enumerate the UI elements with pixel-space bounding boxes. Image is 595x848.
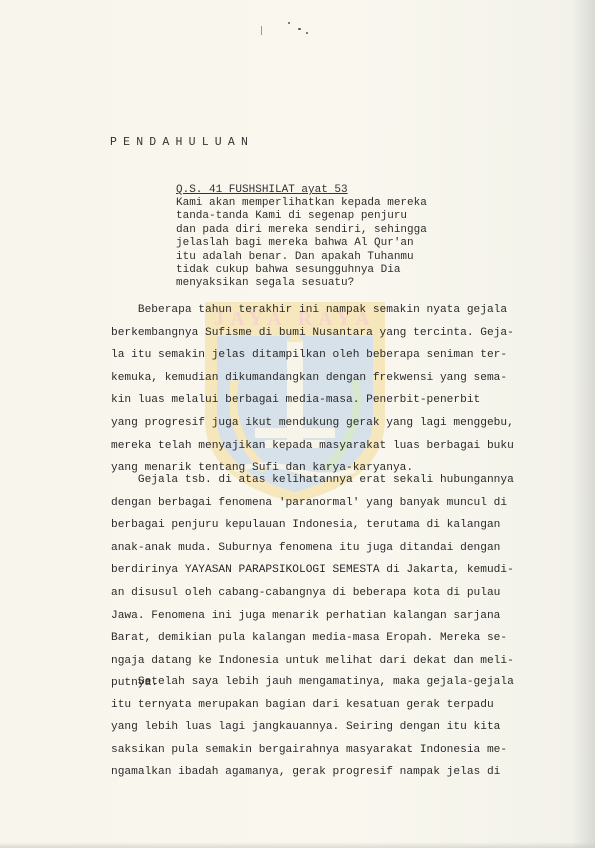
quote-line: itu adalah benar. Dan apakah Tuhanmu	[176, 251, 496, 264]
text-line: la itu semakin jelas ditampilkan oleh be…	[111, 344, 511, 367]
text-line: Jawa. Fenomena ini juga menarik perhatia…	[111, 605, 511, 628]
text-line: yang lebih luas lagi jangkauannya. Seiri…	[111, 716, 511, 739]
text-line: anak-anak muda. Suburnya fenomena itu ju…	[111, 537, 511, 560]
text-line: mereka telah menyajikan kepada masyaraka…	[111, 435, 511, 458]
quote-reference: Q.S. 41 FUSHSHILAT ayat 53	[176, 184, 348, 196]
quote-line: tidak cukup bahwa sesungguhnya Dia	[176, 264, 496, 277]
text-line: ngamalkan ibadah agamanya, gerak progres…	[111, 761, 511, 784]
paragraph-2: Gejala tsb. di atas kelihatannya erat se…	[111, 469, 511, 695]
quote-line: menyaksikan segala sesuatu?	[176, 277, 496, 290]
text-line: dengan berbagai fenomena 'paranormal' ya…	[111, 492, 511, 515]
scan-speck	[306, 32, 308, 34]
text-line: yang progresif juga ikut mendukung gerak…	[111, 412, 511, 435]
paragraph-1: Beberapa tahun terakhir ini nampak semak…	[111, 299, 511, 480]
quote-line: dan pada diri mereka sendiri, sehingga	[176, 224, 496, 237]
text-line: Gejala tsb. di atas kelihatannya erat se…	[111, 469, 511, 492]
text-line: saksikan pula semakin bergairahnya masya…	[111, 739, 511, 762]
text-line: Beberapa tahun terakhir ini nampak semak…	[111, 299, 511, 322]
paragraph-3: Setelah saya lebih jauh mengamatinya, ma…	[111, 671, 511, 784]
text-line: itu ternyata merupakan bagian dari kesat…	[111, 694, 511, 717]
text-line: berbagai penjuru kepulauan Indonesia, te…	[111, 514, 511, 537]
scan-speck	[298, 28, 301, 30]
quote-line: jelaslah bagi mereka bahwa Al Qur'an	[176, 237, 496, 250]
quote-line: Kami akan memperlihatkan kepada mereka	[176, 197, 496, 210]
text-line: berdirinya YAYASAN PARAPSIKOLOGI SEMESTA…	[111, 559, 511, 582]
page-edge-shadow	[0, 842, 595, 848]
text-line: an disusul oleh cabang-cabangnya di bebe…	[111, 582, 511, 605]
quote-block: Kami akan memperlihatkan kepada merekata…	[176, 197, 496, 291]
document-page: JAYA RAYA PENDAHULUAN Q.S. 41 FUSHSHILAT…	[0, 0, 595, 848]
section-heading: PENDAHULUAN	[110, 136, 254, 149]
text-line: ngaja datang ke Indonesia untuk melihat …	[111, 650, 511, 673]
text-line: berkembangnya Sufisme di bumi Nusantara …	[111, 322, 511, 345]
text-line: Setelah saya lebih jauh mengamatinya, ma…	[111, 671, 511, 694]
quote-line: tanda-tanda Kami di segenap penjuru	[176, 210, 496, 223]
text-line: Barat, demikian pula kalangan media-masa…	[111, 627, 511, 650]
text-line: kemuka, kemudian dikumandangkan dengan f…	[111, 367, 511, 390]
scan-mark	[261, 26, 262, 35]
text-line: kin luas melalui berbagai media-masa. Pe…	[111, 389, 511, 412]
scan-speck	[288, 22, 290, 24]
